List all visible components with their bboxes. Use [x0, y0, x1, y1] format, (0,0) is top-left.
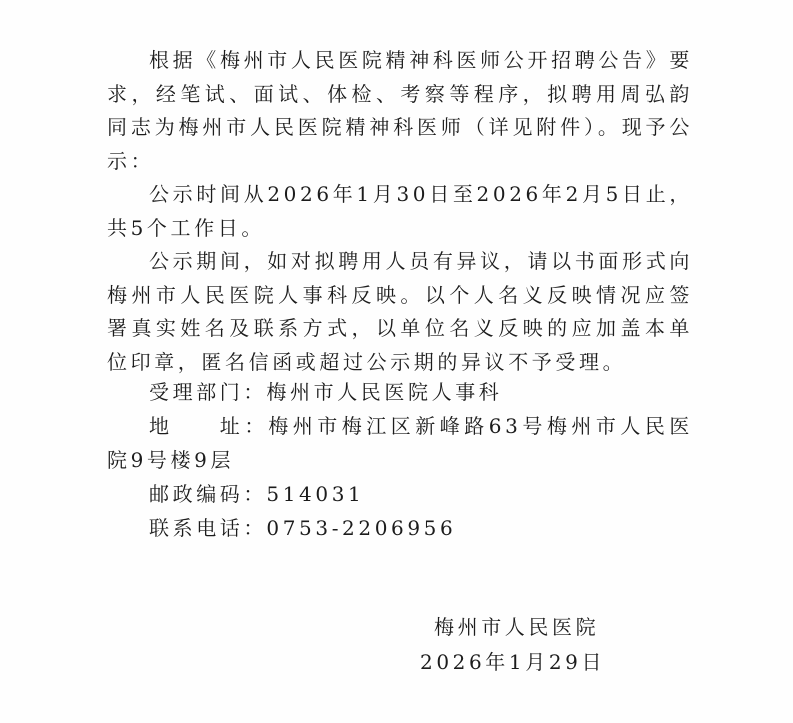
paragraph-objection-instructions: 公示期间，如对拟聘用人员有异议，请以书面形式向梅州市人民医院人事科反映。以个人名… [107, 245, 693, 379]
address-label: 地 址 [149, 409, 243, 443]
phone-colon: ： [243, 516, 266, 540]
address-colon: ： [243, 414, 268, 438]
department-colon: ： [243, 380, 266, 404]
document-page: 根据《梅州市人民医院精神科医师公开招聘公告》要求，经笔试、面试、体检、考察等程序… [0, 0, 793, 723]
signature-block: 梅州市人民医院 2026年1月29日 [420, 610, 620, 680]
postcode-colon: ： [243, 482, 266, 506]
notice-body: 根据《梅州市人民医院精神科医师公开招聘公告》要求，经笔试、面试、体检、考察等程序… [107, 44, 693, 379]
paragraph-intro: 根据《梅州市人民医院精神科医师公开招聘公告》要求，经笔试、面试、体检、考察等程序… [107, 44, 693, 178]
phone-label: 联系电话 [149, 511, 243, 545]
contact-department: 受理部门：梅州市人民医院人事科 [107, 375, 693, 409]
signature-organization: 梅州市人民医院 [420, 610, 620, 645]
contact-address: 地 址：梅州市梅江区新峰路63号梅州市人民医院9号楼9层 [107, 409, 693, 477]
postcode-label: 邮政编码 [149, 477, 243, 511]
postcode-value: 514031 [266, 482, 364, 506]
contact-phone: 联系电话：0753-2206956 [107, 511, 693, 545]
signature-date: 2026年1月29日 [420, 645, 620, 680]
phone-value: 0753-2206956 [266, 516, 456, 540]
paragraph-publicity-period: 公示时间从2026年1月30日至2026年2月5日止，共5个工作日。 [107, 178, 693, 245]
department-value: 梅州市人民医院人事科 [266, 380, 502, 404]
contact-info: 受理部门：梅州市人民医院人事科 地 址：梅州市梅江区新峰路63号梅州市人民医院9… [107, 375, 693, 545]
department-label: 受理部门 [149, 375, 243, 409]
contact-postcode: 邮政编码：514031 [107, 477, 693, 511]
